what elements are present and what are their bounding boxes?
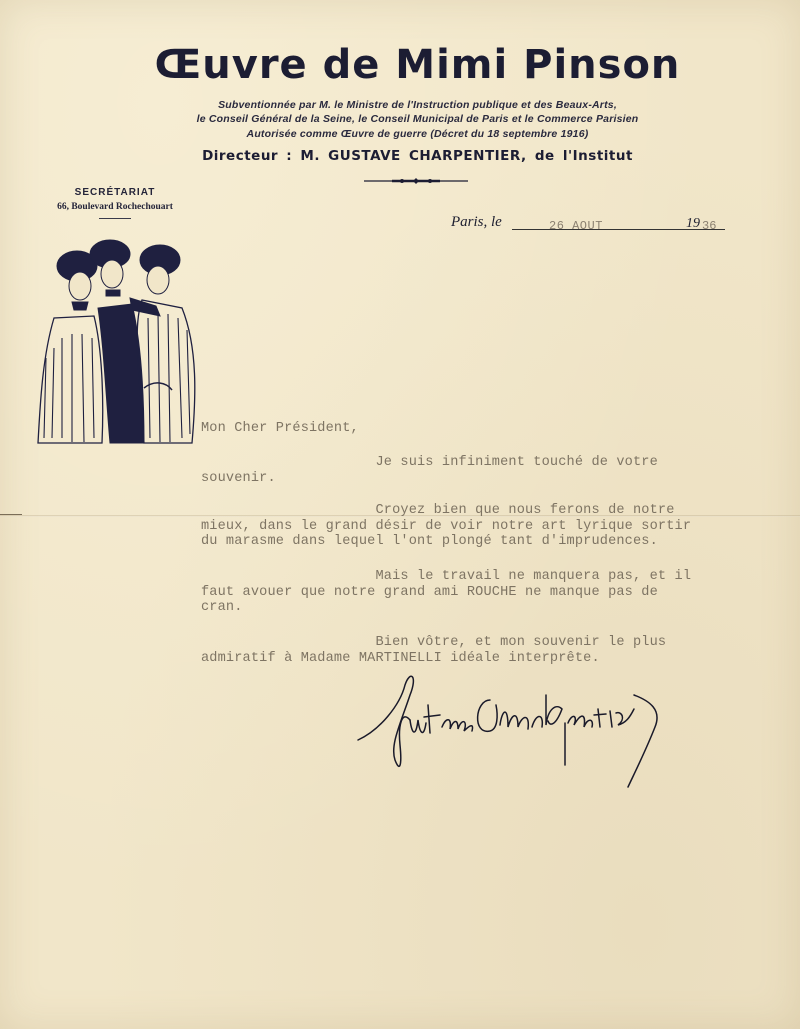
letter-paragraph-4: Bien vôtre, et mon souvenir le plus admi… [201, 635, 666, 666]
paragraph-line: cran. [201, 600, 243, 615]
fold-mark [0, 514, 22, 515]
date-year-prefix: 19 [686, 216, 700, 232]
letterhead-subsidy-line-3: Autorisée comme Œuvre de guerre (Décret … [0, 128, 800, 140]
ornament-divider-icon [364, 176, 468, 186]
letterhead-title: Œuvre de Mimi Pinson [0, 42, 800, 88]
letter-paragraph-3: Mais le travail ne manquera pas, et il f… [201, 569, 691, 616]
letterhead-subsidy-line-2: le Conseil Général de la Seine, le Conse… [0, 113, 800, 125]
paragraph-line: admiratif à Madame MARTINELLI idéale int… [201, 651, 600, 666]
secretariat-address: 66, Boulevard Rochechouart [25, 202, 205, 212]
paragraph-line: Croyez bien que nous ferons de notre [201, 503, 675, 518]
date-day-month: 26 AOUT [549, 219, 603, 233]
handwritten-signature-icon [350, 665, 670, 795]
paragraph-line: Je suis infiniment touché de votre [201, 455, 658, 470]
letter-paragraph-1: Je suis infiniment touché de votre souve… [201, 455, 658, 486]
secretariat-label: SECRÉTARIAT [40, 187, 190, 198]
letter-paragraph-2: Croyez bien que nous ferons de notre mie… [201, 503, 691, 550]
paragraph-line: faut avouer que notre grand ami ROUCHE n… [201, 585, 658, 600]
date-year: 36 [702, 219, 716, 233]
letter-salutation: Mon Cher Président, [201, 421, 359, 437]
address-rule [99, 218, 131, 219]
letterhead-director: Directeur : M. GUSTAVE CHARPENTIER, de l… [0, 148, 800, 164]
letterhead-subsidy-line-1: Subventionnée par M. le Ministre de l'In… [0, 99, 800, 111]
letter-page: Œuvre de Mimi Pinson Subventionnée par M… [0, 0, 800, 1029]
paragraph-line: Mais le travail ne manquera pas, et il [201, 569, 691, 584]
paragraph-line: du marasme dans lequel l'ont plongé tant… [201, 534, 658, 549]
paragraph-line: mieux, dans le grand désir de voir notre… [201, 519, 691, 534]
three-women-illustration-icon [32, 238, 204, 448]
paragraph-line: Bien vôtre, et mon souvenir le plus [201, 635, 666, 650]
date-prefix: Paris, le [451, 214, 502, 231]
paragraph-line: souvenir. [201, 471, 276, 486]
